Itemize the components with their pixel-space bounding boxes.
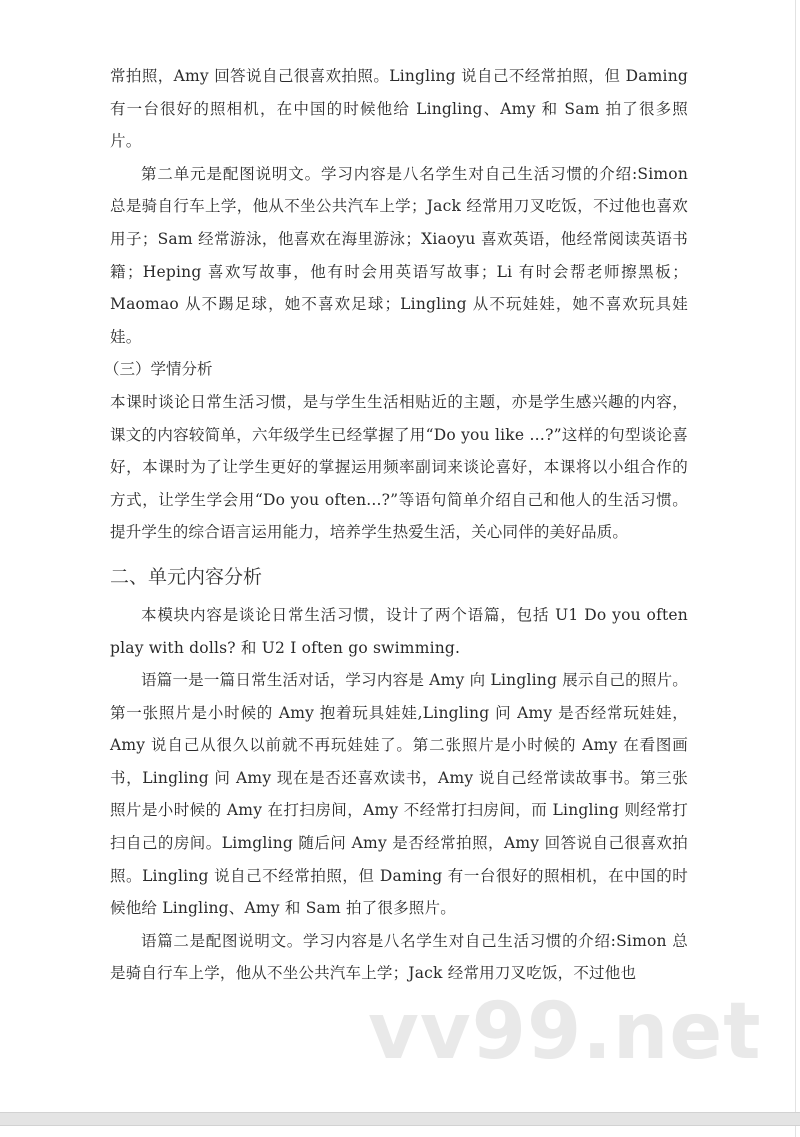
- heading-unit-content-analysis: 二、单元内容分析: [110, 557, 688, 597]
- paragraph-continued-photos: 常拍照，Amy 回答说自己很喜欢拍照。Lingling 说自己不经常拍照，但 D…: [110, 60, 688, 158]
- paragraph-learner-analysis: 本课时谈论日常生活习惯，是与学生生活相贴近的主题，亦是学生感兴趣的内容，课文的内…: [110, 386, 688, 549]
- page-content: 常拍照，Amy 回答说自己很喜欢拍照。Lingling 说自己不经常拍照，但 D…: [110, 60, 688, 990]
- next-page-top: [0, 1126, 796, 1137]
- paragraph-text-two: 语篇二是配图说明文。学习内容是八名学生对自己生活习惯的介绍:Simon 总是骑自…: [110, 925, 688, 990]
- page-separator: [0, 1112, 800, 1126]
- document-page: 常拍照，Amy 回答说自己很喜欢拍照。Lingling 说自己不经常拍照，但 D…: [0, 0, 796, 1112]
- watermark: vv99.net: [368, 992, 762, 1072]
- paragraph-unit-two-description: 第二单元是配图说明文。学习内容是八名学生对自己生活习惯的介绍:Simon 总是骑…: [110, 158, 688, 354]
- subheading-learner-analysis: （三）学情分析: [104, 353, 688, 386]
- paragraph-module-overview: 本模块内容是谈论日常生活习惯，设计了两个语篇，包括 U1 Do you ofte…: [110, 599, 688, 664]
- paragraph-text-one: 语篇一是一篇日常生活对话，学习内容是 Amy 向 Lingling 展示自己的照…: [110, 664, 688, 925]
